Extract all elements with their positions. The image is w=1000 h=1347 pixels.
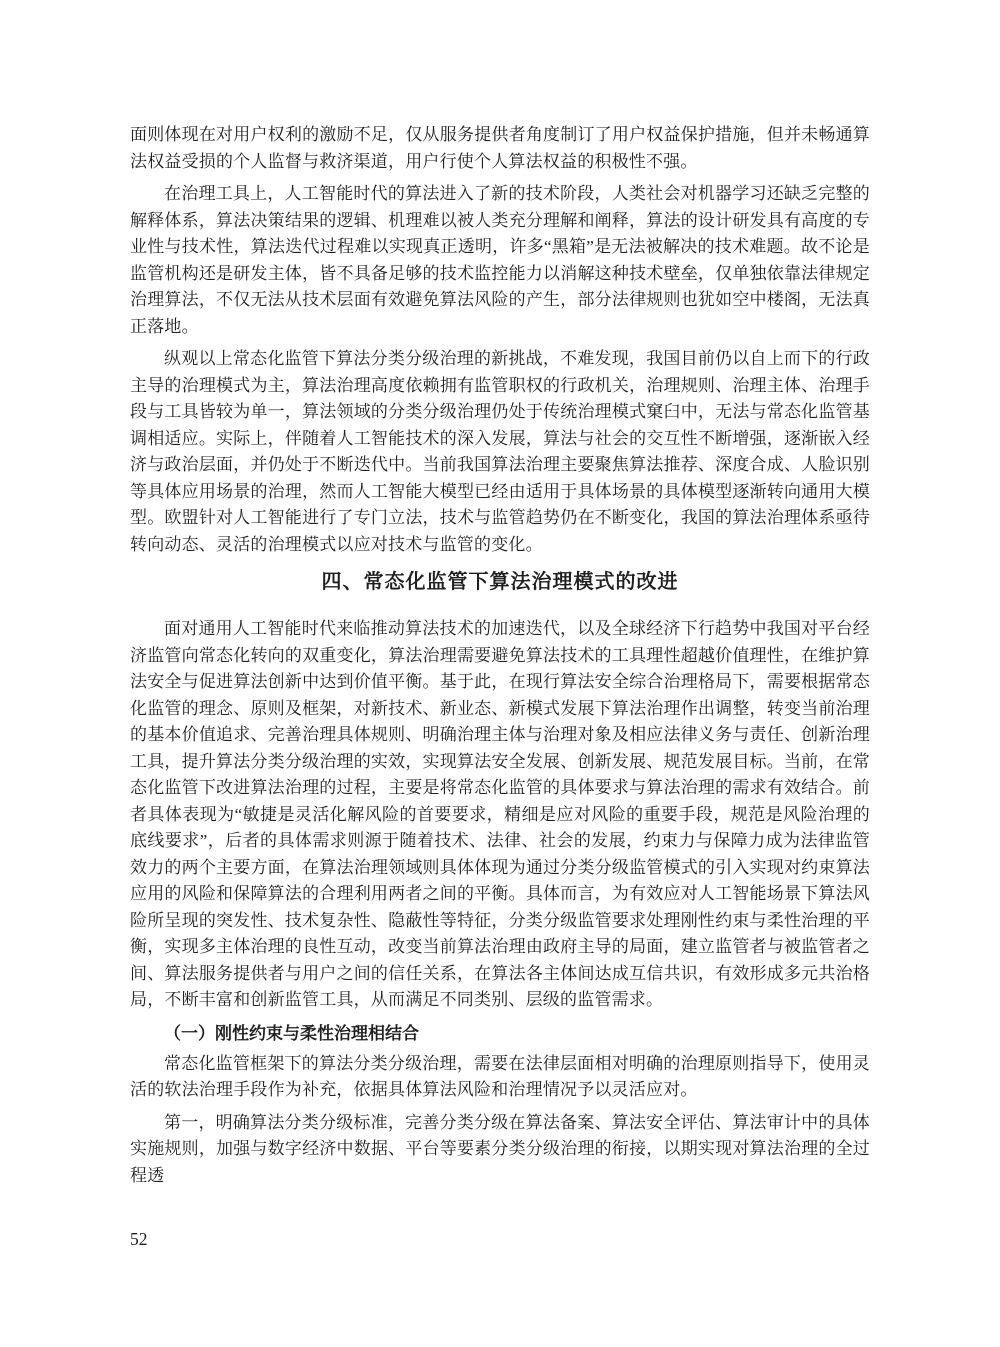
page-number: 52 [130,1226,148,1253]
paragraph-governance-tools: 在治理工具上，人工智能时代的算法进入了新的技术阶段，人类社会对机器学习还缺乏完整… [130,181,870,340]
document-page: 面则体现在对用户权利的激励不足，仅从服务提供者角度制订了用户权益保护措施，但并未… [0,0,1000,1347]
paragraph-status-quo: 纵观以上常态化监管下算法分类分级治理的新挑战，不难发现，我国目前仍以自上而下的行… [130,346,870,558]
paragraph-first-measure: 第一，明确算法分类分级标准，完善分类分级在算法备案、算法安全评估、算法审计中的具… [130,1110,870,1190]
paragraph-soft-law: 常态化监管框架下的算法分类分级治理，需要在法律层面相对明确的治理原则指导下，使用… [130,1051,870,1104]
subsection-heading: （一）刚性约束与柔性治理相结合 [130,1020,870,1047]
paragraph-user-rights-continuation: 面则体现在对用户权利的激励不足，仅从服务提供者角度制订了用户权益保护措施，但并未… [130,122,870,175]
section-heading: 四、常态化监管下算法治理模式的改进 [130,566,870,598]
paragraph-improvement: 面对通用人工智能时代来临推动算法技术的加速迭代，以及全球经济下行趋势中我国对平台… [130,616,870,1014]
